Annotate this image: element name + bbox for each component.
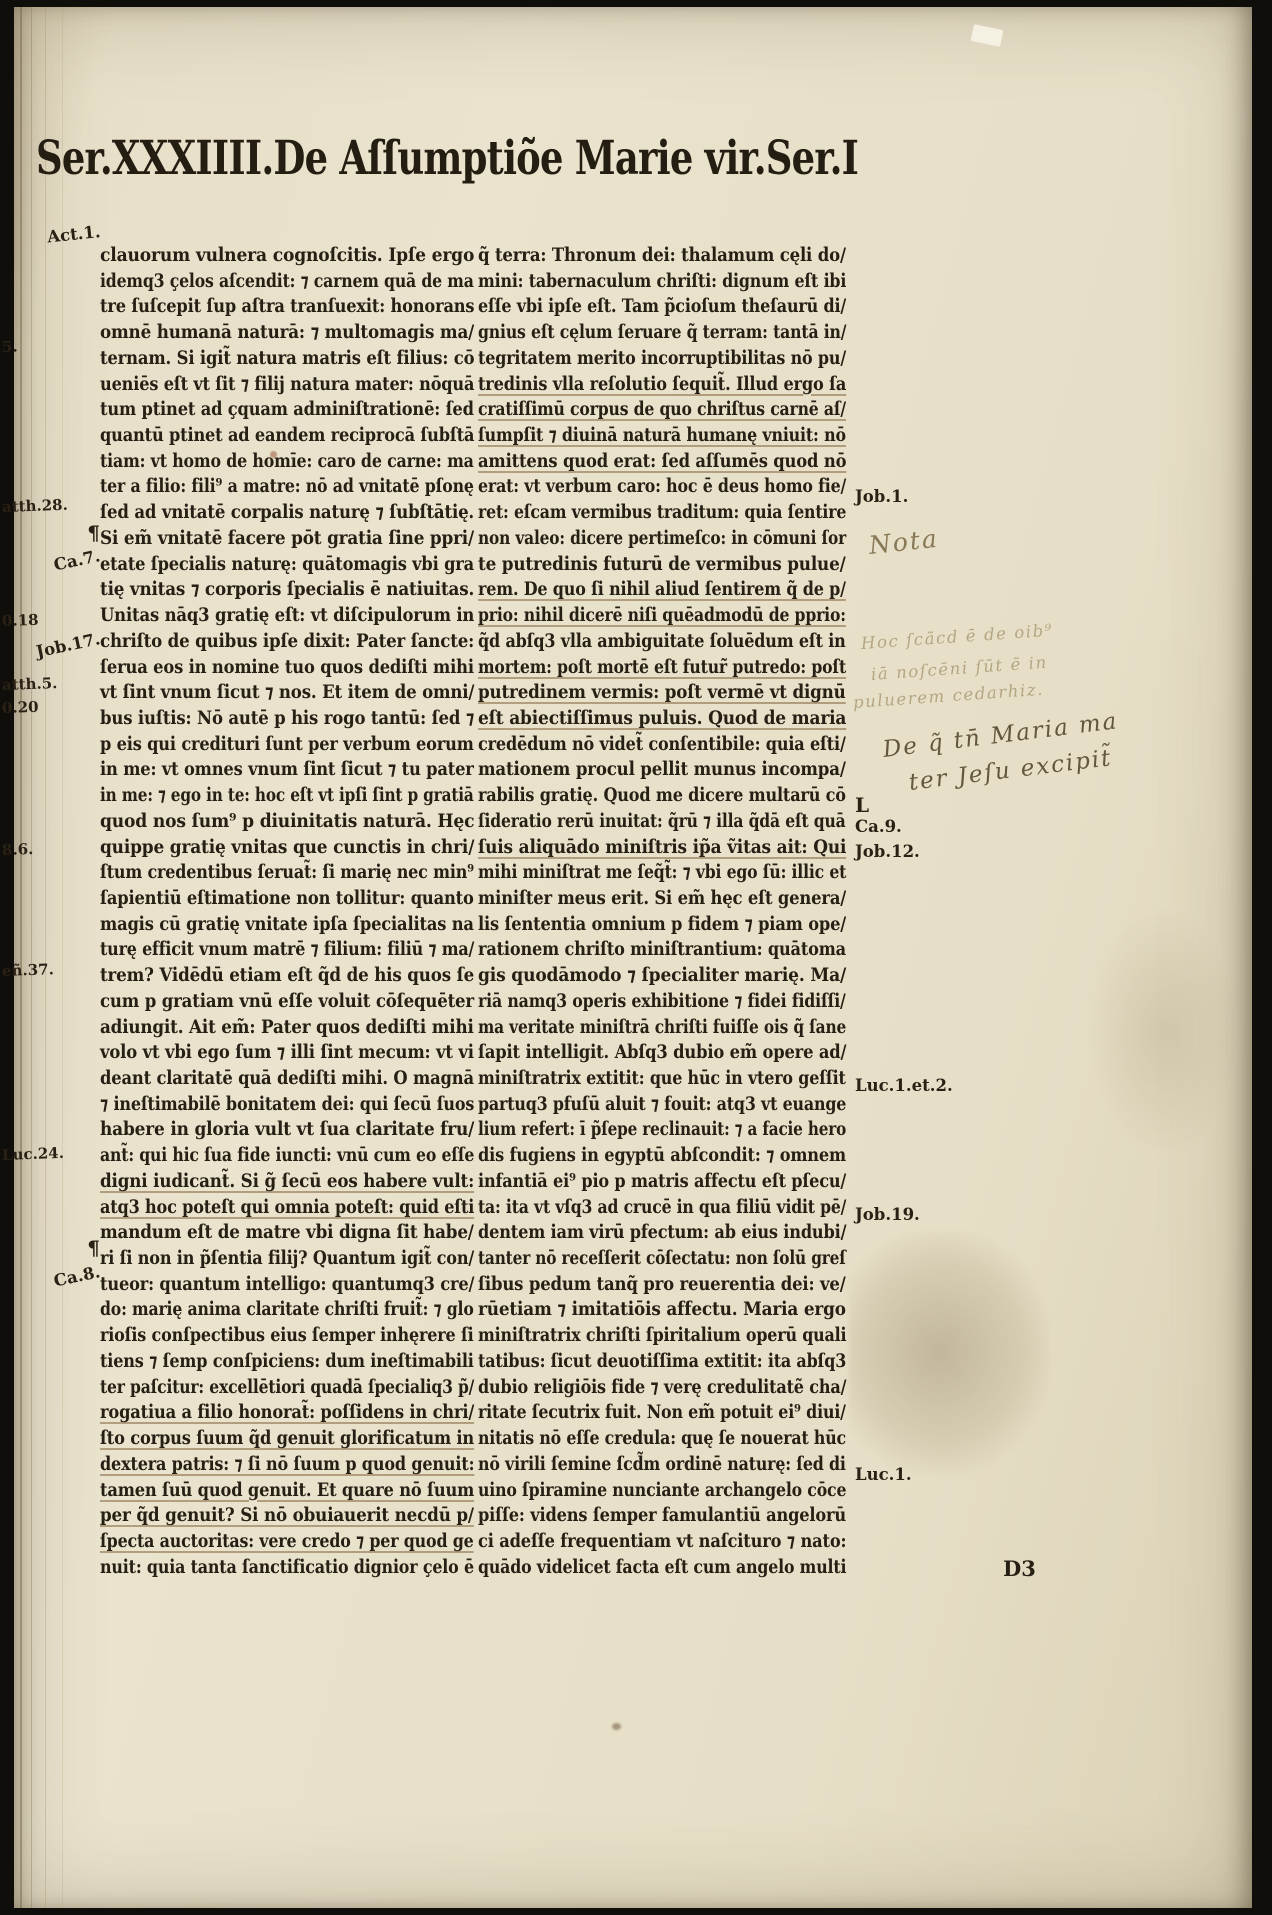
page-title: Ser.XXXIIII.De Aſſumptiõe Marie vir.Ser.… <box>36 131 858 186</box>
text-line: volo vt vbi ego ſum ⁊ illi ſint mecum: v… <box>100 1040 474 1066</box>
margin-ref: Job.19. <box>855 1205 920 1224</box>
text-line: tanter nō receſſerit cōſectatu: non ſolū… <box>478 1246 846 1272</box>
text-line: erat: vt verbum caro: hoc ē deus homo fi… <box>478 474 846 500</box>
text-line: dubio religiōis fide ⁊ verę credulitatẽ … <box>478 1375 846 1401</box>
text-line: tię vnitas ⁊ corporis ſpecialis ē natiui… <box>100 577 474 603</box>
text-line: quod nos ſum⁹ p diuinitatis naturā. Hęc <box>100 809 474 835</box>
text-line: ternam. Si igit̃ natura matris eſt filiu… <box>100 346 474 372</box>
paper-chip <box>971 24 1004 47</box>
paragraph-mark: L <box>855 793 869 817</box>
text-line: ret: eſcam vermibus traditum: quia ſenti… <box>478 500 846 526</box>
text-line: ter a filio: fili⁹ a matre: nō ad vnitat… <box>100 474 474 500</box>
text-line: quādo videlicet facta eſt cum angelo mul… <box>478 1555 846 1581</box>
text-line: infantiā ei⁹ pio p matris affectu eſt pſ… <box>478 1169 846 1195</box>
text-line: q̃d abſq3 vlla ambiguitate ſoluēdum eſt … <box>478 629 846 655</box>
text-line: dextera patris: ⁊ ſi nō ſuum p quod genu… <box>100 1452 474 1478</box>
text-line: rioſis conſpectibus eius ſemper inhęrere… <box>100 1323 474 1349</box>
text-line: tiam: vt homo de homīe: caro de carne: m… <box>100 449 474 475</box>
text-line: nō virili ſemine ſcd̃m ordinē naturę: ſe… <box>478 1452 846 1478</box>
text-line: omnē humanā naturā: ⁊ multomagis ma/ <box>100 320 474 346</box>
text-line: ſed ad vnitatē corpalis naturę ⁊ ſubſtāt… <box>100 500 474 526</box>
text-line: ter paſcitur: excellētiori quadā ſpecial… <box>100 1375 474 1401</box>
text-line: Unitas nāq3 gratię eſt: vt diſcipulorum … <box>100 603 474 629</box>
text-line: q̃ terra: Thronum dei: thalamum cęli do/ <box>478 243 846 269</box>
text-line: tueor: quantum intelligo: quantumq3 cre/ <box>100 1272 474 1298</box>
text-line: dis fugiens in egyptū abſcondit: ⁊ omnem <box>478 1143 846 1169</box>
text-line: piſſe: videns ſemper famulantiū angelorū <box>478 1503 846 1529</box>
gutter-crease <box>62 7 63 1908</box>
text-line: gnius eſt cęlum ſeruare q̃ terram: tantā… <box>478 320 846 346</box>
text-line: ſapientiū eſtimatione non tollitur: quan… <box>100 886 474 912</box>
text-line: uino ſpiramine nunciante archangelo cōce <box>478 1478 846 1504</box>
text-line: trem? Vidēdū etiam eſt q̃d de his quos ſ… <box>100 963 474 989</box>
text-line: ant̃: qui hic ſua fide iuncti: vnū cum e… <box>100 1143 474 1169</box>
paragraph-mark: ¶ <box>87 521 100 545</box>
text-line: clauorum vulnera cognoſcitis. Ipſe ergo <box>100 243 474 269</box>
text-line: tamen ſuū quod genuit. Et quare nō ſuum <box>100 1478 474 1504</box>
gutter-crease <box>20 7 22 1908</box>
text-line: in me: vt omnes vnum ſint ſicut ⁊ tu pat… <box>100 757 474 783</box>
ink-speck <box>270 451 277 458</box>
text-line: non valeo: dicere pertimeſco: in cōmuni … <box>478 526 846 552</box>
stain <box>849 1232 1049 1472</box>
text-line: credēdum nō videt̃ conſentibile: quia eſ… <box>478 732 846 758</box>
text-line: ſibus pedum tanq̃ pro reuerentia dei: ve… <box>478 1272 846 1298</box>
text-line: bus iuſtis: Nō autē p his rogo tantū: ſe… <box>100 706 474 732</box>
text-line: adiungit. Ait em̃: Pater quos dediſti mi… <box>100 1015 474 1041</box>
text-line: magis cū gratię vnitate ipſa ſpecialitas… <box>100 912 474 938</box>
paragraph-mark: ¶ <box>87 1236 100 1260</box>
text-line: ⁊ ineſtimabilē bonitatem dei: qui ſecū ſ… <box>100 1092 474 1118</box>
text-line: tegritatem merito incorruptibilitas nō p… <box>478 346 846 372</box>
text-line: tre ſuſcepit ſup aſtra tranſuexit: honor… <box>100 294 474 320</box>
text-line: quantū ptinet ad eandem reciprocā ſubſtā <box>100 423 474 449</box>
gutter-crease <box>31 7 32 1908</box>
text-line: mationem procul pellit munus incompa/ <box>478 757 846 783</box>
gutter-crease <box>45 7 46 1908</box>
text-line: per q̃d genuit? Si nō obuiauerit necdū p… <box>100 1503 474 1529</box>
text-line: ſtum credentibus ſeruat̃: ſi marię nec m… <box>100 860 474 886</box>
signature-mark: D3 <box>1003 1556 1036 1581</box>
text-line: ci adeſſe frequentiam vt naſcituro ⁊ nat… <box>478 1529 846 1555</box>
text-line: tum ptinet ad çquam adminiſtrationē: ſed <box>100 397 474 423</box>
text-line: atq3 hoc poteſt qui omnia poteſt: quid e… <box>100 1195 474 1221</box>
text-line: turę efficit vnum matrē ⁊ filium: filiū … <box>100 937 474 963</box>
text-line: Si em̃ vnitatē facere pōt gratia ſine pp… <box>100 526 474 552</box>
text-line: idemq3 çelos aſcendit: ⁊ carnem quā de m… <box>100 269 474 295</box>
ink-speck <box>612 1723 621 1730</box>
text-line: do: marię anima claritate chriſti fruit̃… <box>100 1297 474 1323</box>
text-line: rogatiua a filio honorat̃: poſſidens in … <box>100 1400 474 1426</box>
scan-background: Ser.XXXIIII.De Aſſumptiõe Marie vir.Ser.… <box>0 0 1272 1915</box>
text-line: ri ſi non in p̃ſentia filij? Quantum igi… <box>100 1246 474 1272</box>
text-line: cratiſſimū corpus de quo chriſtus carnē … <box>478 397 846 423</box>
text-line: ſideratio rerū inuitat: q̃rū ⁊ illa q̃dā… <box>478 809 846 835</box>
margin-ref: Ca.7. <box>52 547 102 575</box>
text-line: tatibus: ſicut deuotiſſima extitit: ita … <box>478 1349 846 1375</box>
text-line: mortem: poſt mortē eſt futur̃ putredo: p… <box>478 655 846 681</box>
text-line: miniſtratrix chriſti ſpiritalium operū q… <box>478 1323 846 1349</box>
text-line: chriſto de quibus ipſe dixit: Pater ſanc… <box>100 629 474 655</box>
text-line: rūetiam ⁊ imitatiōis affectu. Maria ergo <box>478 1297 846 1323</box>
margin-ref: Ca.9. <box>855 817 902 836</box>
text-line: nitatis nō eſſe credula: quę ſe nouerat … <box>478 1426 846 1452</box>
text-line: ſto corpus ſuum q̃d genuit glorificatum … <box>100 1426 474 1452</box>
text-line: rabilis gratię. Quod me dicere multarū c… <box>478 783 846 809</box>
text-line: riā namq3 operis exhibitione ⁊ fidei fid… <box>478 989 846 1015</box>
margin-ref: Job.12. <box>855 842 920 861</box>
text-line: eſt abiectiſſimus puluis. Quod de maria <box>478 706 846 732</box>
text-line: etate ſpecialis naturę: quātomagis vbi g… <box>100 552 474 578</box>
text-line: deant claritatē quā dediſti mihi. O magn… <box>100 1066 474 1092</box>
text-line: tredinis vlla reſolutio ſequit̃. Illud e… <box>478 372 846 398</box>
text-line: lium refert: ī p̃ſepe reclinauit: ⁊ a fa… <box>478 1117 846 1143</box>
text-line: nuit: quia tanta ſanctificatio dignior ç… <box>100 1555 474 1581</box>
text-line: ſpecta auctoritas: vere credo ⁊ per quod… <box>100 1529 474 1555</box>
text-line: gis quodāmodo ⁊ ſpecialiter marię. Ma/ <box>478 963 846 989</box>
text-line: ſerua eos in nomine tuo quos dediſti mih… <box>100 655 474 681</box>
text-line: p eis qui credituri ſunt per verbum eoru… <box>100 732 474 758</box>
text-line: prio: nihil dicerē niſi quēadmodū de ppr… <box>478 603 846 629</box>
text-line: vt ſint vnum ſicut ⁊ nos. Et item de omn… <box>100 680 474 706</box>
text-line: miniſter meus erit. Si em̃ hęc eſt gener… <box>478 886 846 912</box>
text-line: ſapit intelligit. Abſq3 dubio em̃ opere … <box>478 1040 846 1066</box>
text-line: ueniēs eſt vt ſit ⁊ filij natura mater: … <box>100 372 474 398</box>
text-line: putredinem vermis: poſt vermē vt dignū <box>478 680 846 706</box>
text-line: dentem iam virū pfectum: ab eius indubi/ <box>478 1220 846 1246</box>
text-line: mihi miniſtrat me ſeq̃t̃: ⁊ vbi ego ſū: … <box>478 860 846 886</box>
text-line: rationem chriſto miniſtrantium: quātoma <box>478 937 846 963</box>
stain <box>1089 907 1239 1157</box>
text-line: ſumpſit ⁊ diuinā naturā humanę vniuit: n… <box>478 423 846 449</box>
text-line: cum p gratiam vnū eſſe voluit cōſequēter <box>100 989 474 1015</box>
margin-ref: Ca.8. <box>52 1262 102 1290</box>
text-line: eſſe vbi ipſe eſt. Tam p̃cioſum theſaurū… <box>478 294 846 320</box>
text-line: partuq3 pfuſū aluit ⁊ fouit: atq3 vt eua… <box>478 1092 846 1118</box>
book-page: Ser.XXXIIII.De Aſſumptiõe Marie vir.Ser.… <box>14 7 1252 1908</box>
text-line: ſuis aliquādo miniſtris ip̃a ṽitas ait: … <box>478 835 846 861</box>
text-line: te putredinis futurū de vermibus pulue/ <box>478 552 846 578</box>
margin-ref: Luc.1.et.2. <box>855 1076 953 1095</box>
text-line: ta: ita vt vſq3 ad crucē in qua filiū vi… <box>478 1195 846 1221</box>
text-line: habere in gloria vult vt ſua claritate f… <box>100 1117 474 1143</box>
text-line: rem. De quo ſi nihil aliud ſentirem q̃ d… <box>478 577 846 603</box>
text-line: quippe gratię vnitas que cunctis in chri… <box>100 835 474 861</box>
text-line: ritate ſecutrix fuit. Non em̃ potuit ei⁹… <box>478 1400 846 1426</box>
text-line: ma veritate miniſtrā chriſti fuiſſe ois … <box>478 1015 846 1041</box>
text-line: mini: tabernaculum chriſti: dignum eſt i… <box>478 269 846 295</box>
text-line: mandum eſt de matre vbi digna ſit habe/ <box>100 1220 474 1246</box>
margin-ref: Act.1. <box>46 222 101 246</box>
text-line: digni iudicant̃. Si g̃ ſecū eos habere v… <box>100 1169 474 1195</box>
text-line: tiens ⁊ ſemp conſpiciens: dum ineſtimabi… <box>100 1349 474 1375</box>
text-line: in me: ⁊ ego in te: hoc eſt vt ipſi ſint… <box>100 783 474 809</box>
text-line: lis ſententia omnium p fidem ⁊ piam ope/ <box>478 912 846 938</box>
text-line: miniſtratrix extitit: que hūc in vtero g… <box>478 1066 846 1092</box>
margin-ref: Job.1. <box>855 487 908 506</box>
text-line: amittens quod erat: ſed aſſumēs quod nō <box>478 449 846 475</box>
